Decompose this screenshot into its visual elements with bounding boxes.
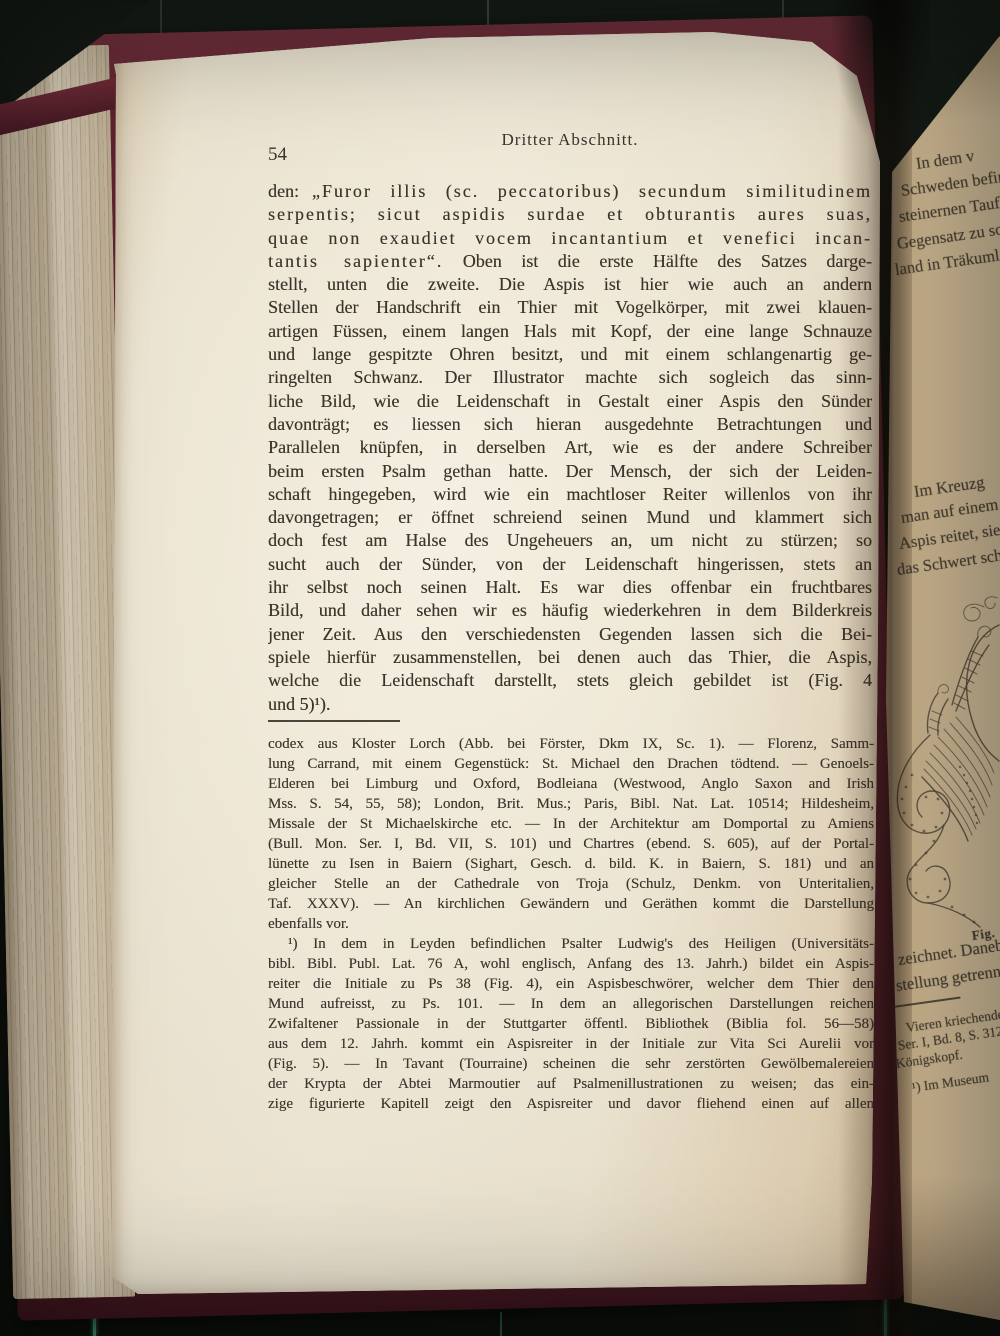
- text-segment: und 5)¹).: [268, 694, 330, 714]
- body-line: stellt, unten die zweite. Die Aspis ist …: [268, 273, 872, 296]
- footnote-line: Taf. XXXV). — An kirchlichen Gewändern u…: [268, 894, 874, 914]
- body-line: den: „Furor illis (sc. peccatoribus) sec…: [268, 180, 872, 203]
- footnote-line: ¹) In dem in Leyden befindlichen Psalter…: [268, 934, 874, 954]
- body-line: doch fest am Halse des Ungeheuers an, um…: [268, 529, 872, 552]
- body-line: sucht auch der Sünder, von der Leidensch…: [268, 553, 872, 576]
- footnote-line: Missale der St Michaelskirche etc. — In …: [268, 814, 874, 834]
- footnote-rule: [268, 720, 400, 722]
- body-line: liche Bild, wie die Leidenschaft in Gest…: [268, 390, 872, 413]
- right-page-text-fragment: In dem v: [915, 146, 976, 174]
- footnote-line: Mund aufreisst, zu Ps. 101. — In dem an …: [268, 994, 874, 1014]
- footnote-line: Elderen bei Limburg und Oxford, Bodleian…: [268, 774, 874, 794]
- running-header: Dritter Abschnitt.: [268, 130, 872, 150]
- body-line: und 5)¹).: [268, 693, 872, 716]
- text-segment: schaft hingegeben, wird wie ein machtlos…: [268, 484, 872, 504]
- page-number: 54: [268, 144, 287, 166]
- footnote-line: der Krypta der Abtei Marmoutier auf Psal…: [268, 1074, 874, 1094]
- body-line: Parallelen knüpfen, in derselben Art, wi…: [268, 436, 872, 459]
- text-segment: beim ersten Psalm gethan hatte. Der Mens…: [268, 461, 872, 481]
- body-line: ringelten Schwanz. Der Illustrator macht…: [268, 366, 872, 389]
- footnote-line: aus dem 12. Jahrh. kommt ein Aspisreiter…: [268, 1034, 874, 1054]
- text-segment: Stellen der Handschrift ein Thier mit Vo…: [268, 297, 872, 317]
- footnote-line: codex aus Kloster Lorch (Abb. bei Förste…: [268, 734, 874, 754]
- footnote-line: ebenfalls vor.: [268, 914, 874, 934]
- footnote-line: (Bull. Mon. Ser. I, Bd. VII, S. 101) und…: [268, 834, 874, 854]
- body-line: artigen Füssen, einem langen Hals mit Ko…: [268, 320, 872, 343]
- footnote-1: ¹) In dem in Leyden befindlichen Psalter…: [268, 934, 874, 1114]
- body-line: und lange gespitzte Ohren besitzt, und m…: [268, 343, 872, 366]
- footnote-line: Zwifaltener Passionale in der Stuttgarte…: [268, 1014, 874, 1034]
- text-segment: liche Bild, wie die Leidenschaft in Gest…: [268, 391, 872, 411]
- text-segment: Bild, und daher sehen wir es häufig wied…: [268, 600, 872, 620]
- body-line: schaft hingegeben, wird wie ein machtlos…: [268, 483, 872, 506]
- body-line: jener Zeit. Aus den verschiedensten Gege…: [268, 623, 872, 646]
- text-segment: ihr selbst noch seinen Halt. Es war dies…: [268, 577, 872, 597]
- footnote-line: gleicher Stelle an der Cathedrale von Tr…: [268, 874, 874, 894]
- latin-quote-segment: tantis sapienter“.: [268, 251, 443, 271]
- text-segment: stellt, unten die zweite. Die Aspis ist …: [268, 274, 872, 294]
- text-segment: jener Zeit. Aus den verschiedensten Gege…: [268, 624, 872, 644]
- text-segment: den:: [268, 181, 312, 201]
- body-line: welche die Leidenschaft darstellt, stets…: [268, 669, 872, 692]
- body-line: tantis sapienter“. Oben ist die erste Hä…: [268, 250, 872, 273]
- photo-of-open-book: In dem v Schweden befind steinernen Tauf…: [0, 0, 1000, 1336]
- left-page: Dritter Abschnitt. 54 den: „Furor illis …: [112, 30, 882, 1296]
- right-page-footnote-rule: [893, 997, 961, 1008]
- footnote-line: lünette zu Isen in Baiern (Sighart, Gesc…: [268, 854, 874, 874]
- text-segment: ringelten Schwanz. Der Illustrator macht…: [268, 367, 872, 387]
- body-line: Bild, und daher sehen wir es häufig wied…: [268, 599, 872, 622]
- body-line: davongetragen; er öffnet schreiend seine…: [268, 506, 872, 529]
- text-segment: doch fest am Halse des Ungeheuers an, um…: [268, 530, 872, 550]
- latin-quote-segment: quae non exaudiet vocem incantantium et …: [268, 228, 872, 248]
- text-segment: und lange gespitzte Ohren besitzt, und m…: [268, 344, 872, 364]
- text-segment: artigen Füssen, einem langen Hals mit Ko…: [268, 321, 872, 341]
- footnote-line: Mss. S. 54, 55, 58); London, Brit. Mus.;…: [268, 794, 874, 814]
- footnote-line: bibl. Bibl. Publ. Lat. 76 A, wohl englis…: [268, 954, 874, 974]
- text-segment: davonträgt; es liessen sich hieran ausge…: [268, 414, 872, 434]
- footnote-line: lung Carrand, mit einem Gegenstück: St. …: [268, 754, 874, 774]
- text-segment: sucht auch der Sünder, von der Leidensch…: [268, 554, 872, 574]
- footnote-continuation: codex aus Kloster Lorch (Abb. bei Förste…: [268, 734, 874, 934]
- body-line: davonträgt; es liessen sich hieran ausge…: [268, 413, 872, 436]
- body-line: serpentis; sicut aspidis surdae et obtur…: [268, 203, 872, 226]
- text-segment: spiele hierfür zusammenstellen, bei dene…: [268, 647, 872, 667]
- body-line: ihr selbst noch seinen Halt. Es war dies…: [268, 576, 872, 599]
- table-seam-line: [500, 1312, 502, 1336]
- body-text: den: „Furor illis (sc. peccatoribus) sec…: [268, 180, 872, 716]
- latin-quote-segment: serpentis; sicut aspidis surdae et obtur…: [268, 204, 872, 224]
- text-segment: welche die Leidenschaft darstellt, stets…: [268, 670, 872, 690]
- body-line: quae non exaudiet vocem incantantium et …: [268, 227, 872, 250]
- body-line: beim ersten Psalm gethan hatte. Der Mens…: [268, 460, 872, 483]
- footnote-line: (Fig. 5). — In Tavant (Tourraine) schein…: [268, 1054, 874, 1074]
- right-page-footnote-fragment: ¹) Im Museum: [911, 1069, 990, 1096]
- body-line: spiele hierfür zusammenstellen, bei dene…: [268, 646, 872, 669]
- footnote-line: reiter die Initiale zu Ps 38 (Fig. 4), e…: [268, 974, 874, 994]
- table-seam-line: [884, 1296, 887, 1336]
- text-segment: davongetragen; er öffnet schreiend seine…: [268, 507, 872, 527]
- latin-quote-segment: „Furor illis (sc. peccatoribus) secundum…: [312, 181, 872, 201]
- text-segment: Parallelen knüpfen, in derselben Art, wi…: [268, 437, 872, 457]
- body-line: Stellen der Handschrift ein Thier mit Vo…: [268, 296, 872, 319]
- text-segment: Oben ist die erste Hälfte des Satzes dar…: [443, 251, 872, 271]
- footnote-line: zige figurierte Kapitell zeigt den Aspis…: [268, 1094, 874, 1114]
